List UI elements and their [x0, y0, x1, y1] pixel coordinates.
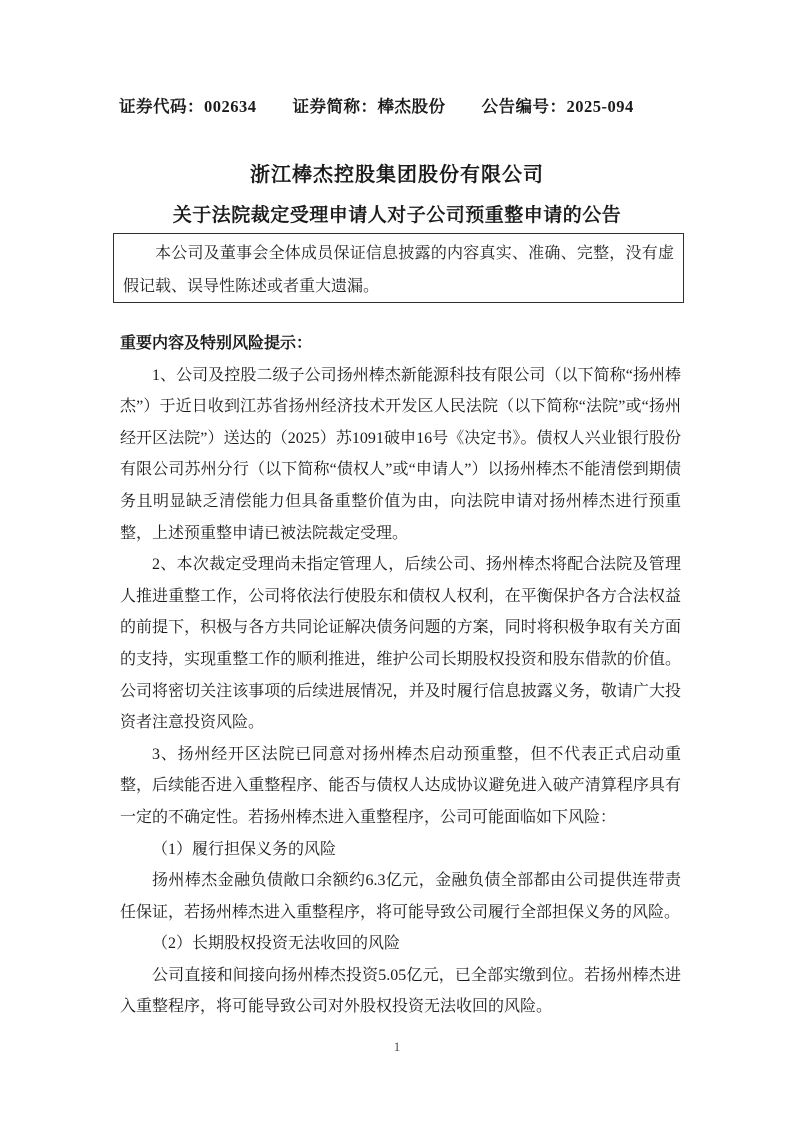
stock-code-label: 证券代码：002634: [119, 93, 257, 117]
page-footer: 1: [0, 1038, 794, 1056]
risk-item-2-heading: （2）长期股权投资无法收回的风险: [120, 928, 681, 960]
risk-notice-heading: 重要内容及特别风险提示：: [120, 328, 681, 360]
company-name-title: 浙江棒杰控股集团股份有限公司: [0, 158, 794, 187]
stock-abbr-label: 证券简称：棒杰股份: [293, 93, 446, 117]
page-number: 1: [394, 1039, 401, 1054]
paragraph-uncertainty: 3、扬州经开区法院已同意对扬州棒杰启动预重整，但不代表正式启动重整，后续能否进入…: [120, 739, 681, 834]
risk-item-1-body: 扬州棒杰金融负债敞口余额约6.3亿元，金融负债全部都由公司提供连带责任保证，若扬…: [120, 865, 681, 928]
document-header: 证券代码：002634 证券简称：棒杰股份 公告编号：2025-094: [119, 93, 685, 117]
announcement-number-label: 公告编号：2025-094: [482, 93, 634, 117]
announcement-page: 证券代码：002634 证券简称：棒杰股份 公告编号：2025-094 浙江棒杰…: [0, 0, 794, 1123]
paragraph-administrator-plan: 2、本次裁定受理尚未指定管理人，后续公司、扬州棒杰将配合法院及管理人推进重整工作…: [120, 549, 681, 739]
risk-item-2-body: 公司直接和间接向扬州棒杰投资5.05亿元，已全部实缴到位。若扬州棒杰进入重整程序…: [120, 960, 681, 1023]
announcement-title: 关于法院裁定受理申请人对子公司预重整申请的公告: [0, 200, 794, 227]
paragraph-court-ruling: 1、公司及控股二级子公司扬州棒杰新能源科技有限公司（以下简称“扬州棒杰”）于近日…: [120, 360, 681, 550]
risk-item-1-heading: （1）履行担保义务的风险: [120, 834, 681, 866]
document-body: 重要内容及特别风险提示： 1、公司及控股二级子公司扬州棒杰新能源科技有限公司（以…: [120, 328, 681, 1023]
declaration-box: 本公司及董事会全体成员保证信息披露的内容真实、准确、完整，没有虚假记载、误导性陈…: [113, 233, 684, 303]
declaration-text: 本公司及董事会全体成员保证信息披露的内容真实、准确、完整，没有虚假记载、误导性陈…: [123, 237, 674, 303]
